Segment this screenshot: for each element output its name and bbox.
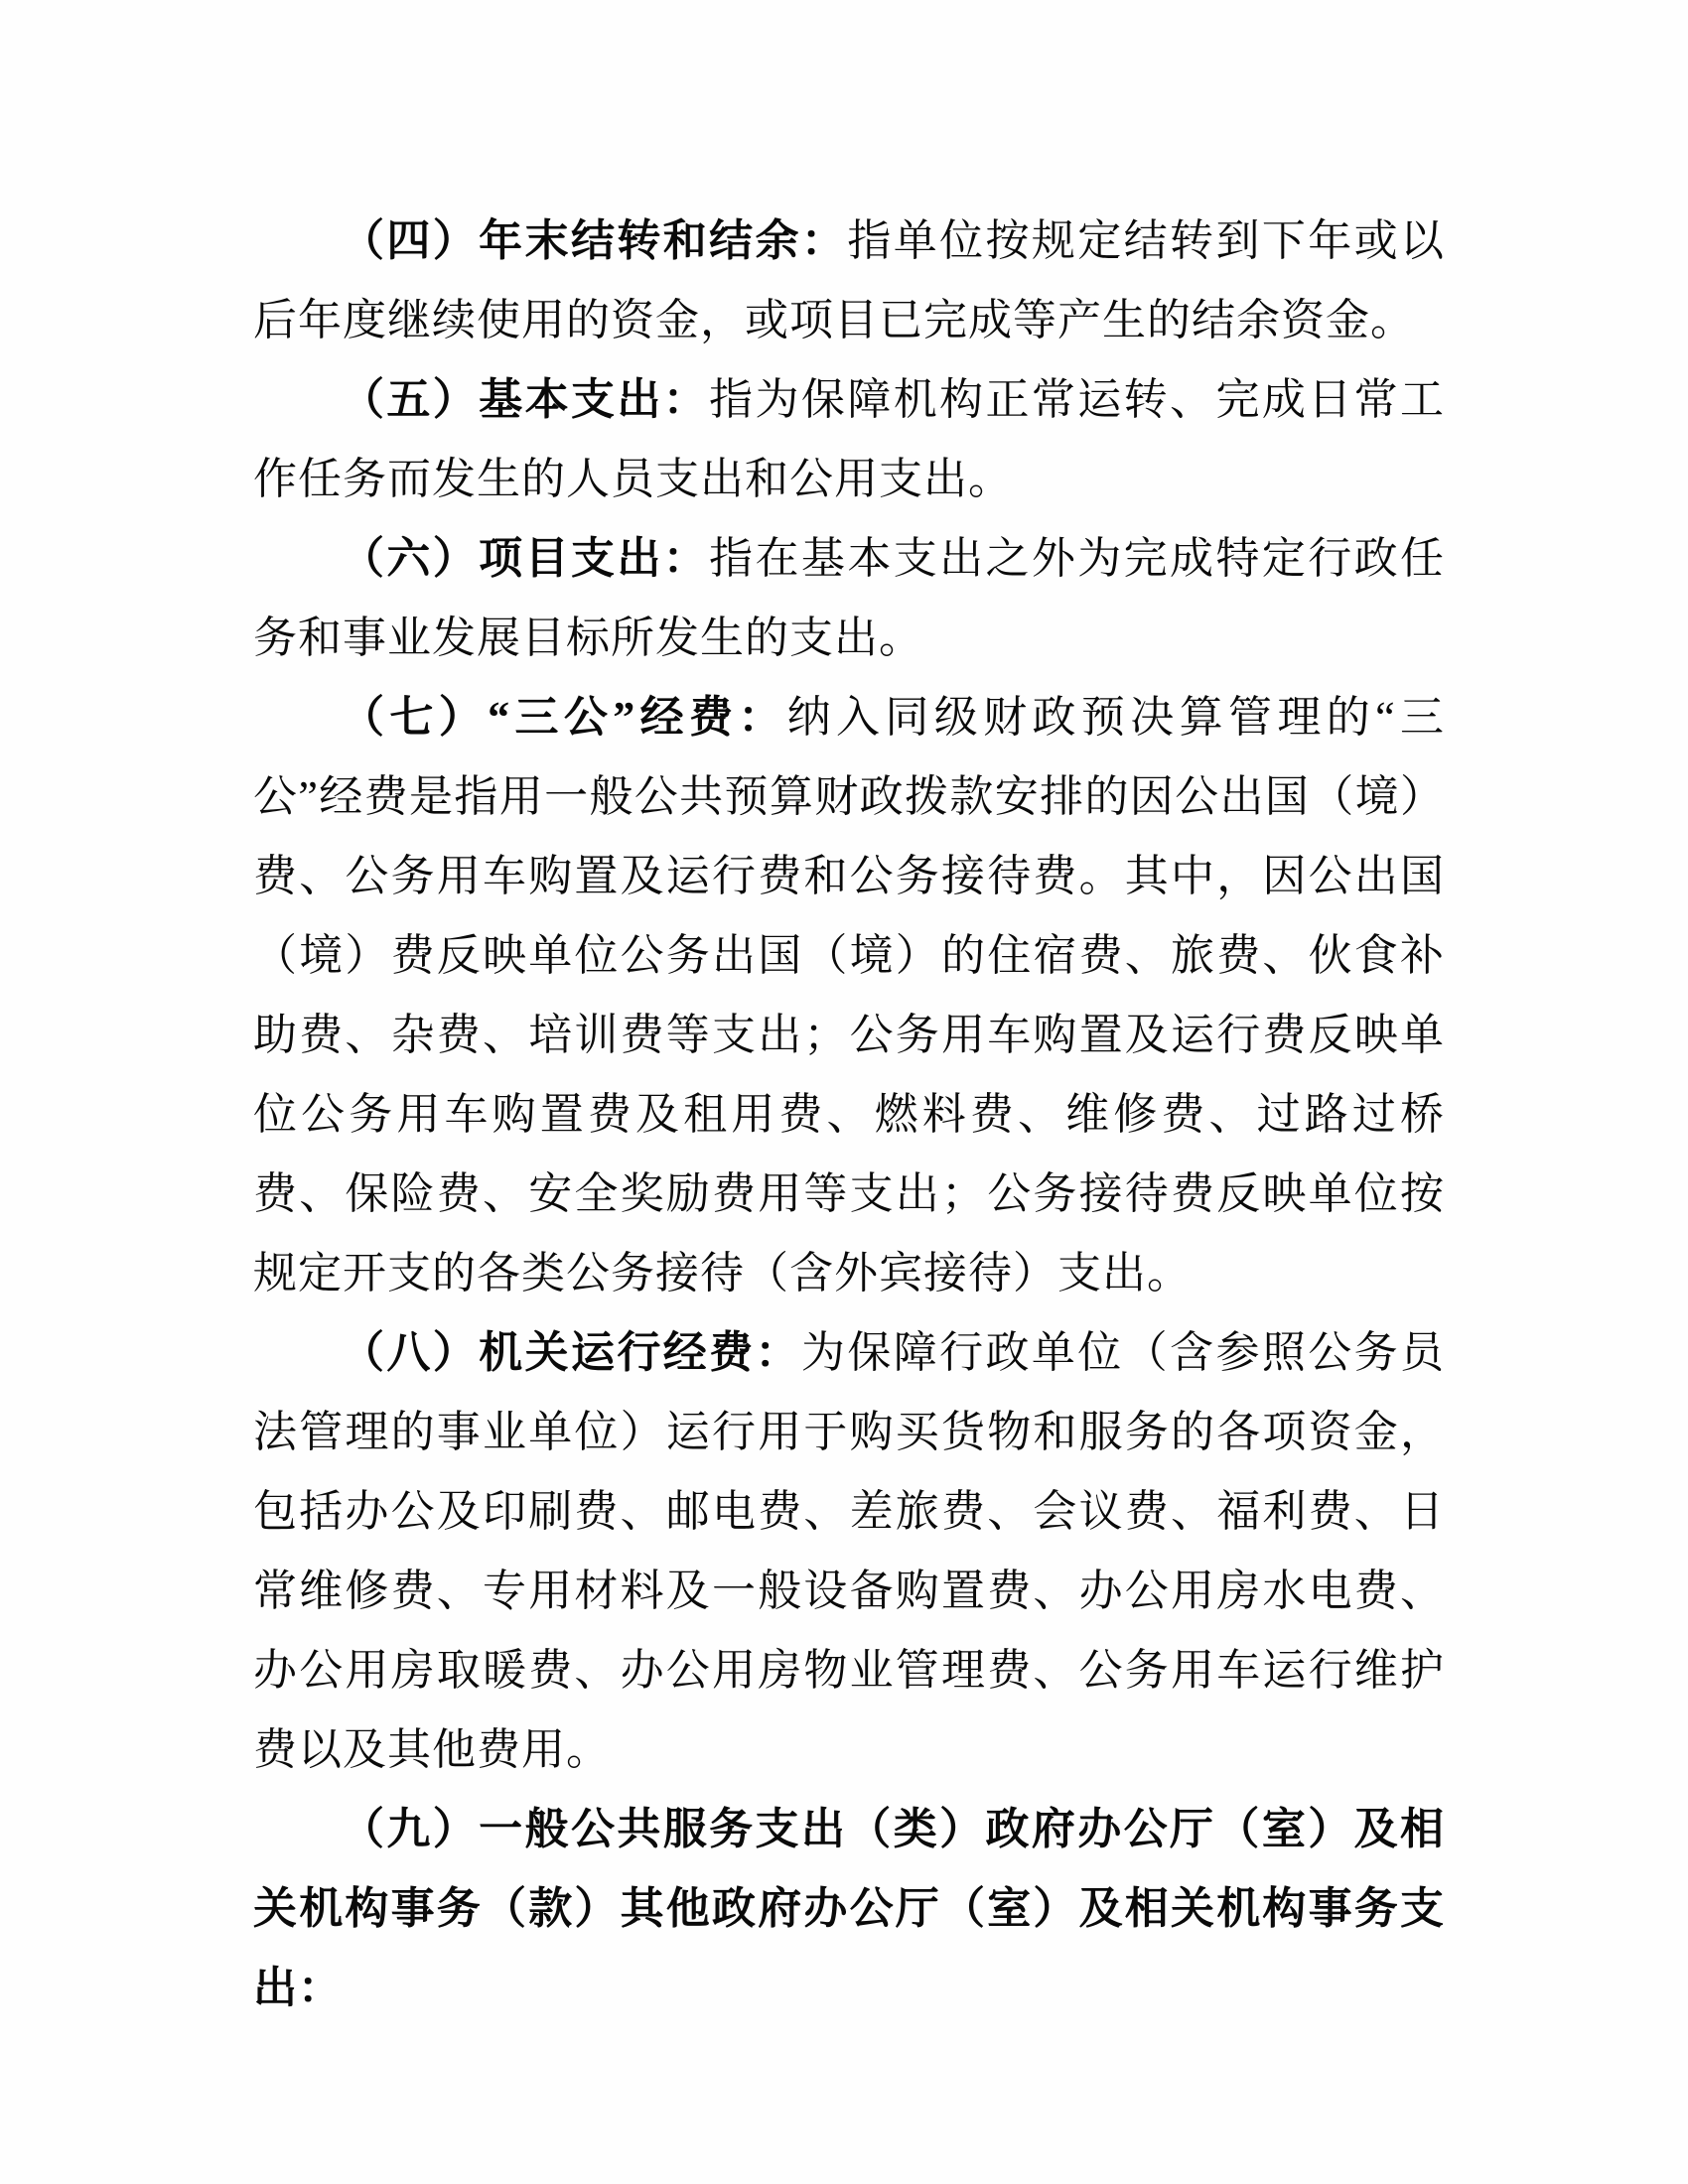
paragraph-project-expenditure: （六）项目支出：指在基本支出之外为完成特定行政任务和事业发展目标所发生的支出。 [253,519,1445,678]
term-definition-three-public-funds: 纳入同级财政预决算管理的“三公”经费是指用一般公共预算财政拨款安排的因公出国（境… [253,693,1445,1297]
term-definition-agency-operating-funds: 为保障行政单位（含参照公务员法管理的事业单位）运行用于购买货物和服务的各项资金，… [253,1328,1445,1774]
paragraph-agency-operating-funds: （八）机关运行经费：为保障行政单位（含参照公务员法管理的事业单位）运行用于购买货… [253,1313,1445,1790]
document-page: （四）年末结转和结余：指单位按规定结转到下年或以后年度继续使用的资金，或项目已完… [0,0,1688,2184]
paragraph-basic-expenditure: （五）基本支出：指为保障机构正常运转、完成日常工作任务而发生的人员支出和公用支出… [253,360,1445,519]
term-label-agency-operating-funds: （八）机关运行经费： [341,1328,801,1377]
term-label-three-public-funds: （七）“三公”经费： [341,693,787,742]
paragraph-year-end-carryover: （四）年末结转和结余：指单位按规定结转到下年或以后年度继续使用的资金，或项目已完… [253,202,1445,360]
term-label-general-public-service-expenditure: （九）一般公共服务支出（类）政府办公厅（室）及相关机构事务（款）其他政府办公厅（… [253,1805,1445,2012]
term-label-basic-expenditure: （五）基本支出： [341,375,709,424]
term-label-project-expenditure: （六）项目支出： [341,534,709,583]
paragraph-general-public-service-expenditure: （九）一般公共服务支出（类）政府办公厅（室）及相关机构事务（款）其他政府办公厅（… [253,1790,1445,2028]
term-label-year-end-carryover: （四）年末结转和结余： [341,216,847,265]
paragraph-three-public-funds: （七）“三公”经费：纳入同级财政预决算管理的“三公”经费是指用一般公共预算财政拨… [253,678,1445,1313]
document-body: （四）年末结转和结余：指单位按规定结转到下年或以后年度继续使用的资金，或项目已完… [253,202,1445,2028]
